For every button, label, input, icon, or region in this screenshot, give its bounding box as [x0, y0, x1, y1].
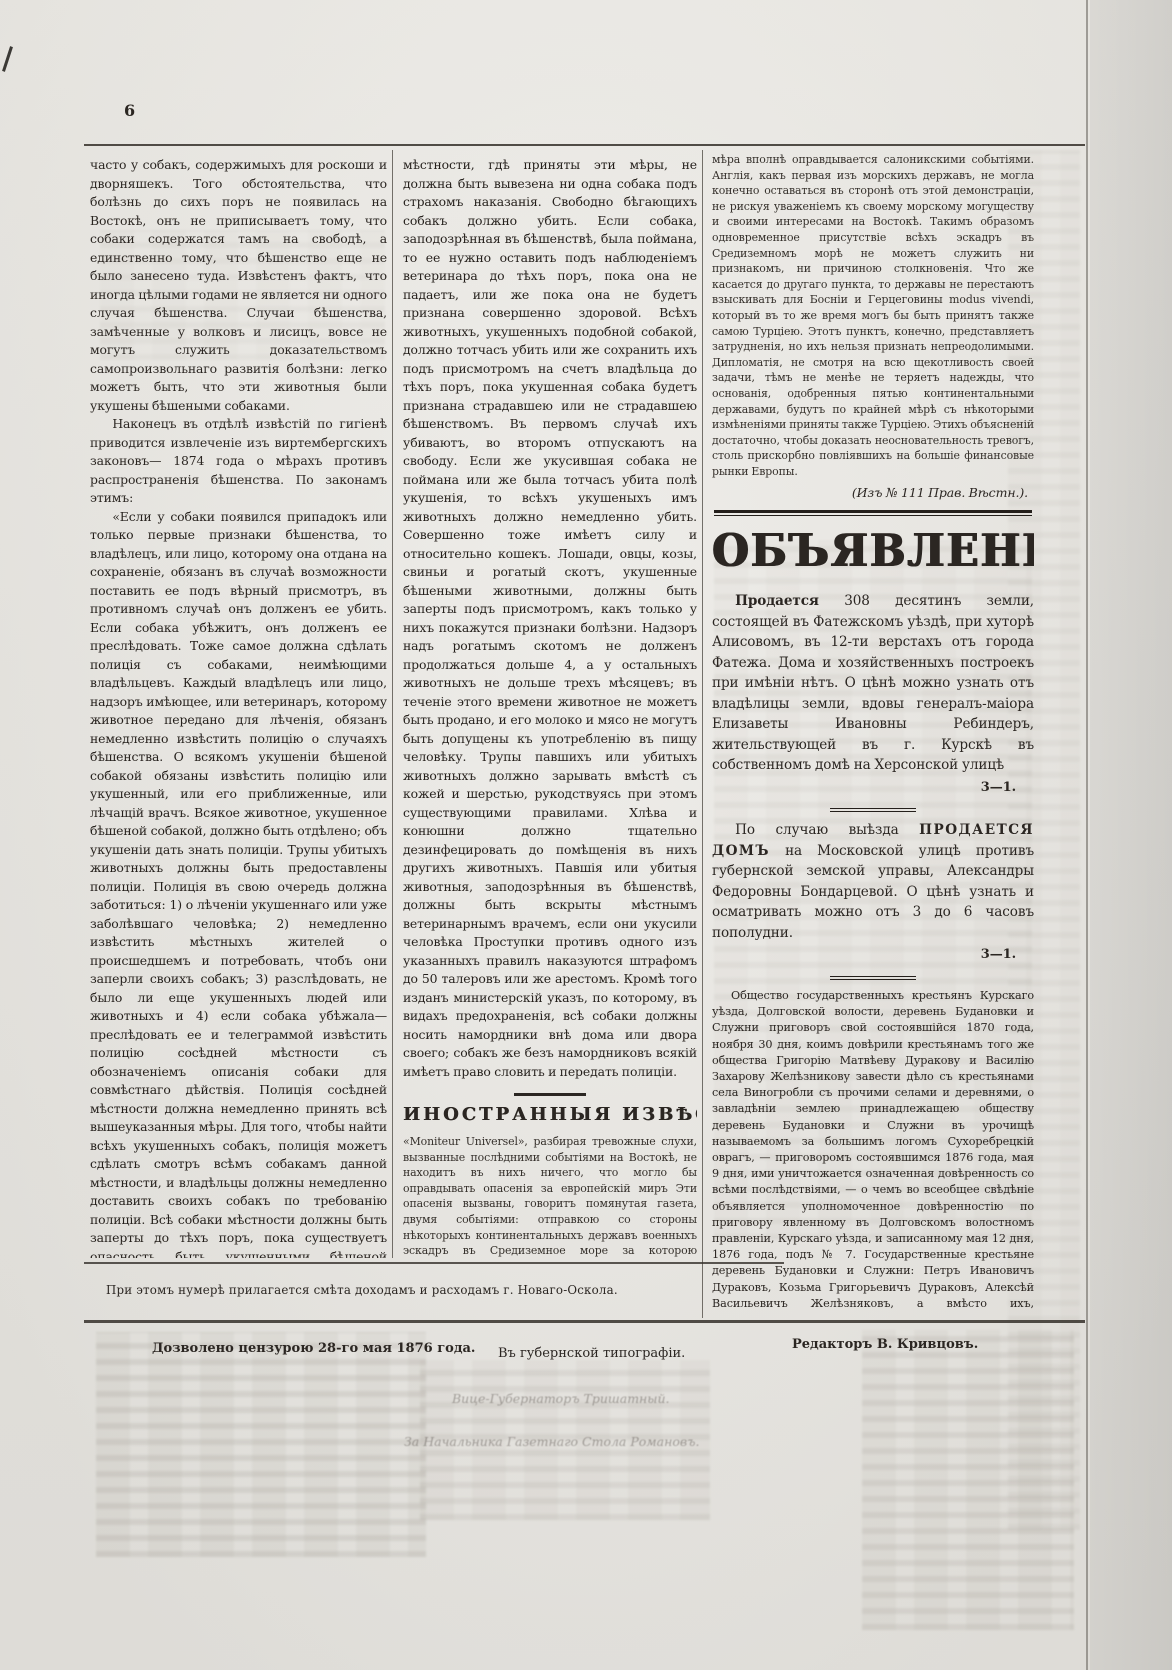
bottom-rule — [84, 1320, 1085, 1323]
page-number: 6 — [124, 101, 135, 120]
ads-section-rule — [714, 510, 1032, 516]
foreign-news-title: ИНОСТРАННЫЯ ИЗВѢСТІЯ. — [403, 1106, 697, 1125]
bleedthrough-texture — [96, 1332, 426, 1557]
gazette-clerk-signature: За Начальника Газетнаго Стола Романовъ. — [404, 1434, 699, 1449]
top-rule — [84, 144, 1085, 146]
ad-lead: По случаю выѣзда — [735, 822, 919, 838]
foreign-news-continued: мѣра вполнѣ оправдывается салоникскими с… — [712, 152, 1034, 479]
column-rule-1 — [392, 150, 393, 1258]
bleedthrough-texture — [862, 1330, 1074, 1630]
ad-divider — [830, 808, 916, 812]
printing-house-line: Въ губернской типографіи. — [498, 1346, 685, 1361]
foreign-news-paragraph: «Moniteur Universel», разбирая тревожные… — [403, 1134, 697, 1260]
ad-peasant-society-notice: Общество государственныхъ крестьянъ Курс… — [712, 988, 1034, 1314]
scan-corner-mark — [2, 46, 13, 72]
column-1: часто у собакъ, содержимыхъ для роскоши … — [90, 156, 387, 1258]
law-extract-continued: мѣстности, гдѣ приняты эти мѣры, не долж… — [403, 156, 697, 1081]
ad-land-sale: Продается 308 десятинъ земли, состоящей … — [712, 591, 1034, 800]
ad-lead: Продается — [735, 593, 819, 609]
ad-lead: Общество — [731, 989, 789, 1002]
ad-text: Продается 308 десятинъ земли, состоящей … — [712, 591, 1034, 776]
vice-governor-signature: Вице-Губернаторъ Тришатный. — [452, 1391, 669, 1406]
scanned-newspaper-page: 6 часто у собакъ, содержимыхъ для роскош… — [0, 0, 1172, 1670]
footnote-line: При этомъ нумерѣ прилагается смѣта доход… — [106, 1283, 786, 1297]
ads-section-title: ОБЪЯВЛЕНІЯ. — [712, 525, 1034, 577]
ad-text: По случаю выѣзда ПРОДАЕТСЯ ДОМЪ на Моско… — [712, 820, 1034, 943]
ad-run-mark: 3—1. — [712, 943, 1034, 968]
ad-divider — [830, 976, 916, 980]
ad-body: 308 десятинъ земли, состоящей въ Фатежск… — [712, 593, 1034, 773]
ad-run-mark: 3—1. — [712, 776, 1034, 801]
column-2: мѣстности, гдѣ приняты эти мѣры, не долж… — [403, 156, 697, 1260]
article-paragraph: часто у собакъ, содержимыхъ для роскоши … — [90, 156, 387, 415]
censor-permission-line: Дозволено цензурою 28-го мая 1876 года. — [152, 1341, 475, 1356]
footnote-rule — [84, 1262, 784, 1264]
column-3: мѣра вполнѣ оправдывается салоникскими с… — [712, 152, 1034, 1314]
column-rule-2 — [702, 150, 703, 1318]
ad-body: государственныхъ крестьянъ Курскаго уѣзд… — [712, 989, 1034, 1314]
ad-house-sale: По случаю выѣзда ПРОДАЕТСЯ ДОМЪ на Моско… — [712, 820, 1034, 968]
source-attribution: (Изъ № 111 Прав. Вѣстн.). — [712, 485, 1028, 500]
scan-right-margin — [1090, 0, 1172, 1670]
ad-text: Общество государственныхъ крестьянъ Курс… — [712, 988, 1034, 1314]
editor-line: Редакторъ В. Кривцовъ. — [792, 1337, 978, 1352]
section-divider — [514, 1093, 586, 1096]
law-extract-paragraph: «Если у собаки появился припадокъ или то… — [90, 508, 387, 1259]
page-edge-line — [1086, 0, 1088, 1670]
article-paragraph: Наконецъ въ отдѣлѣ извѣстій по гигіенѣ п… — [90, 415, 387, 508]
